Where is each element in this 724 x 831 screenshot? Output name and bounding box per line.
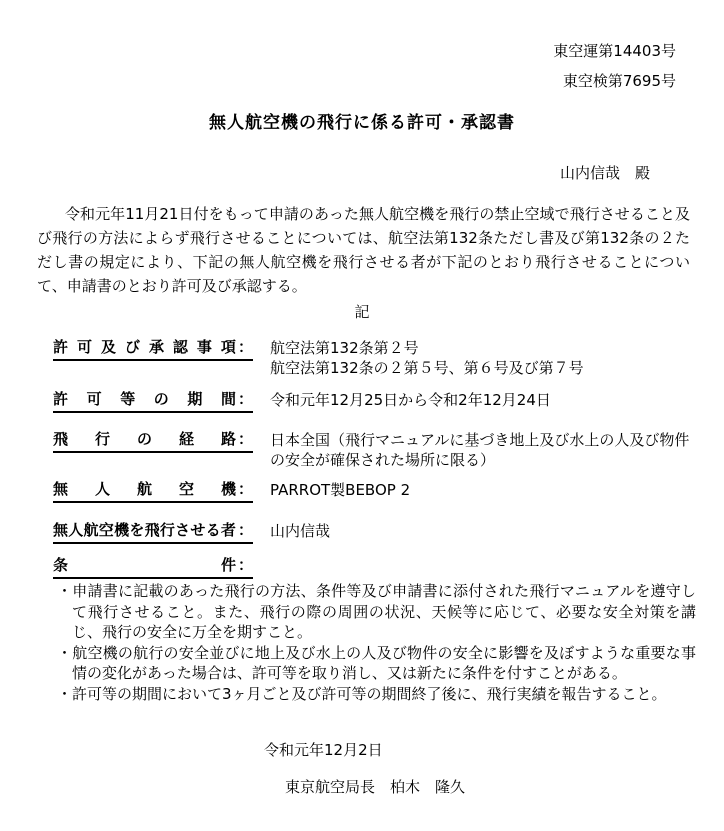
item-value-line: 日本全国（飛行マニュアルに基づき地上及び水上の人及び物件の安全が確保された場所に… xyxy=(270,430,690,470)
item-row-uav: 無人航空機 ： PARROT製BEBOP 2 xyxy=(53,480,724,503)
item-value: 航空法第132条第２号 航空法第132条の２第５号、第６号及び第７号 xyxy=(270,338,690,378)
item-value-line: 山内信哉 xyxy=(270,521,690,541)
item-value-line: 航空法第132条第２号 xyxy=(270,338,690,358)
signature: 東京航空局長 柏木 隆久 xyxy=(285,777,724,797)
item-row-operator: 無人航空機を飛行させる者 ： 山内信哉 xyxy=(53,521,724,544)
label-colon: ： xyxy=(238,556,253,575)
items-section: 許可及び承認事項 ： 航空法第132条第２号 航空法第132条の２第５号、第６号… xyxy=(0,338,724,579)
item-value: 山内信哉 xyxy=(270,521,690,541)
item-row-flight-route: 飛行の経路 ： 日本全国（飛行マニュアルに基づき地上及び水上の人及び物件の安全が… xyxy=(53,430,724,470)
label-colon: ： xyxy=(238,521,253,540)
permit-document-page: 東空運第14403号 東空検第7695号 無人航空機の飛行に係る許可・承認書 山… xyxy=(0,0,724,831)
section-marker: 記 xyxy=(0,302,724,322)
item-label: 許可及び承認事項 ： xyxy=(53,338,253,361)
ref-number-transport: 東空運第14403号 xyxy=(0,36,676,66)
ref-number-inspection: 東空検第7695号 xyxy=(0,66,676,96)
document-title: 無人航空機の飛行に係る許可・承認書 xyxy=(0,108,724,133)
addressee: 山内信哉 殿 xyxy=(0,163,724,184)
item-value-line: 令和元年12月25日から令和2年12月24日 xyxy=(270,390,690,410)
label-colon: ： xyxy=(238,390,253,409)
item-row-permit-period: 許可等の期間 ： 令和元年12月25日から令和2年12月24日 xyxy=(53,390,724,413)
item-label: 条件 ： xyxy=(53,556,253,579)
opening-paragraph: 令和元年11月21日付をもって申請のあった無人航空機を飛行の禁止空域で飛行させる… xyxy=(37,202,690,298)
label-colon: ： xyxy=(238,338,253,357)
item-label: 飛行の経路 ： xyxy=(53,430,253,453)
condition-item: ・航空機の航行の安全並びに地上及び水上の人及び物件の安全に影響を及ぼすような重要… xyxy=(57,643,696,684)
item-value: PARROT製BEBOP 2 xyxy=(270,480,690,500)
label-colon: ： xyxy=(238,430,253,449)
item-value-line: PARROT製BEBOP 2 xyxy=(270,480,690,500)
item-label: 無人航空機を飛行させる者 ： xyxy=(53,521,253,544)
label-colon: ： xyxy=(238,480,253,499)
item-value: 日本全国（飛行マニュアルに基づき地上及び水上の人及び物件の安全が確保された場所に… xyxy=(270,430,690,470)
reference-numbers: 東空運第14403号 東空検第7695号 xyxy=(0,0,724,96)
item-row-permitted-matters: 許可及び承認事項 ： 航空法第132条第２号 航空法第132条の２第５号、第６号… xyxy=(53,338,724,378)
item-row-conditions: 条件 ： xyxy=(53,556,724,579)
issue-date: 令和元年12月2日 xyxy=(264,740,724,760)
item-label: 無人航空機 ： xyxy=(53,480,253,503)
condition-item: ・申請書に記載のあった飛行の方法、条件等及び申請書に添付された飛行マニュアルを遵… xyxy=(57,581,696,643)
item-value: 令和元年12月25日から令和2年12月24日 xyxy=(270,390,690,410)
condition-item: ・許可等の期間において3ヶ月ごと及び許可等の期間終了後に、飛行実績を報告すること… xyxy=(57,684,696,705)
item-label: 許可等の期間 ： xyxy=(53,390,253,413)
conditions-list: ・申請書に記載のあった飛行の方法、条件等及び申請書に添付された飛行マニュアルを遵… xyxy=(57,581,696,704)
item-value-line: 航空法第132条の２第５号、第６号及び第７号 xyxy=(270,358,690,378)
